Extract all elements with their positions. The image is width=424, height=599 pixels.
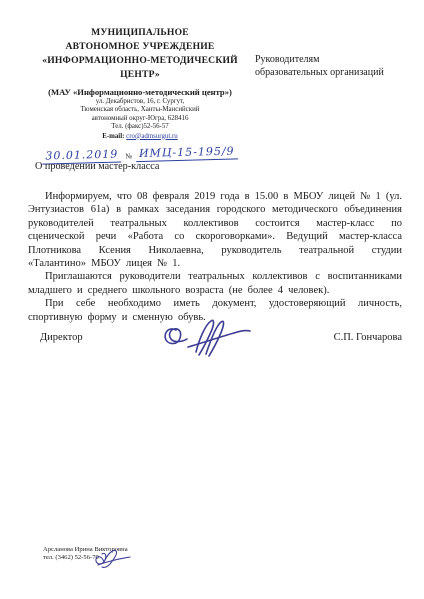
org-address: ул. Декабристов, 16, г. Сургут, Тюменска… — [22, 98, 258, 141]
signer-name: С.П. Гончарова — [334, 332, 402, 343]
email-label: E-mail: — [102, 133, 124, 140]
body-paragraph: Информируем, что 08 февраля 2019 года в … — [28, 190, 402, 270]
address-line: ул. Декабристов, 16, г. Сургут, — [22, 98, 258, 106]
org-name-line: «ИНФОРМАЦИОННО-МЕТОДИЧЕСКИЙ — [22, 54, 258, 68]
addressee-line: образовательных организаций — [255, 66, 405, 79]
address-line: автономный округ-Югра, 628416 — [22, 115, 258, 123]
handwritten-number: ИМЦ-15-195/9 — [136, 144, 238, 162]
org-short-name: (МАУ «Информационно-методический центр») — [22, 87, 258, 97]
addressee-block: Руководителям образовательных организаци… — [255, 53, 405, 79]
letterhead: МУНИЦИПАЛЬНОЕ АВТОНОМНОЕ УЧРЕЖДЕНИЕ «ИНФ… — [22, 26, 258, 162]
email-line: E-mail: cro@admsurgut.ru — [22, 132, 258, 141]
org-name-line: ЦЕНТР» — [22, 68, 258, 82]
executor-signature-icon — [92, 548, 134, 570]
org-name-line: МУНИЦИПАЛЬНОЕ — [22, 26, 258, 40]
email-address: cro@admsurgut.ru — [126, 133, 178, 140]
subject-line: О проведении мастер-класса — [35, 161, 159, 172]
letter-document: МУНИЦИПАЛЬНОЕ АВТОНОМНОЕ УЧРЕЖДЕНИЕ «ИНФ… — [0, 0, 424, 599]
director-signature-icon — [160, 314, 255, 359]
org-name-line: АВТОНОМНОЕ УЧРЕЖДЕНИЕ — [22, 40, 258, 54]
addressee-line: Руководителям — [255, 53, 405, 66]
signer-position: Директор — [40, 332, 83, 343]
letter-body: Информируем, что 08 февраля 2019 года в … — [28, 190, 402, 324]
address-line: Тел. (факс)52-56-57 — [22, 123, 258, 131]
body-paragraph: Приглашаются руководители театральных ко… — [28, 270, 402, 297]
address-line: Тюменская область, Ханты-Мансийский — [22, 106, 258, 114]
